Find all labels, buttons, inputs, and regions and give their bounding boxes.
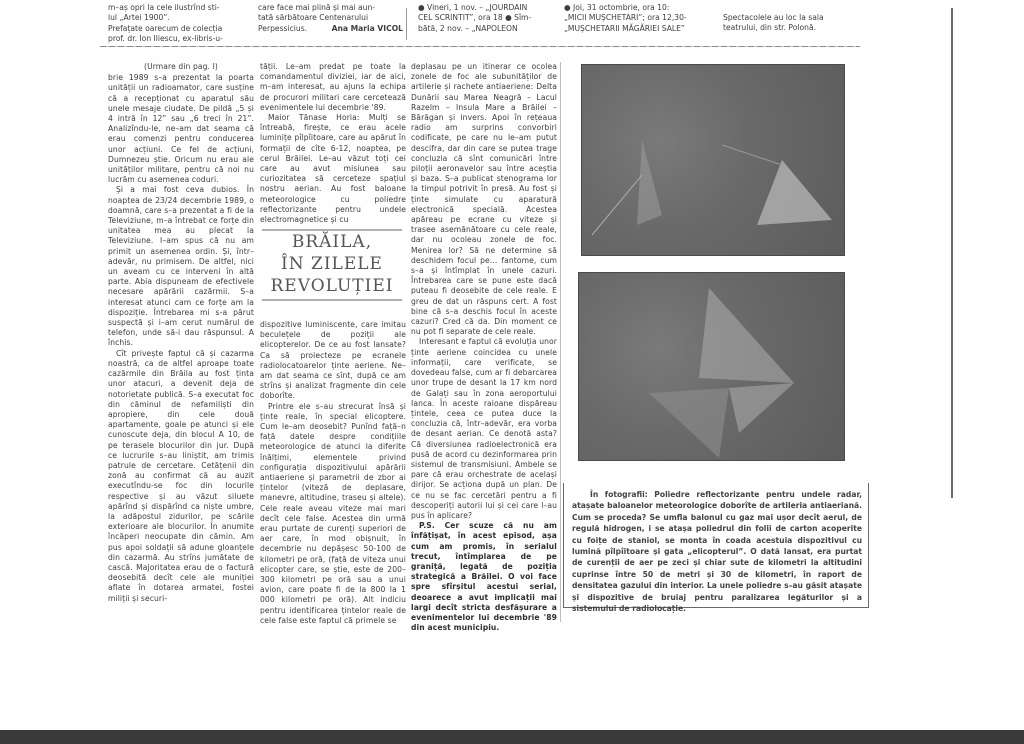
header-divider <box>406 8 407 40</box>
header-line: „MUȘCHETARII MĂGĂRIEI SALE” <box>564 24 714 34</box>
article-column-2-bottom: dispozitive luminiscente, care imitau be… <box>260 320 406 626</box>
header-separator <box>100 46 860 47</box>
paragraph: Cît privește faptul că și cazarma noastr… <box>108 349 254 604</box>
article-column-1: (Urmare din pag. I) brie 1989 s–a prezen… <box>108 62 254 604</box>
paragraph: dispozitive luminiscente, care imitau be… <box>260 320 406 402</box>
header-line: ● Vineri, 1 nov. – „JOURDAIN <box>418 3 553 13</box>
paragraph: Și a mai fost ceva dubios. În noaptea de… <box>108 185 254 348</box>
header-line: tată sărbătoare Centenarului <box>258 13 403 23</box>
paragraph: Maior Tănase Horia: Mulți se întreabă, f… <box>260 113 406 225</box>
scanner-bottom-bar <box>0 730 1024 744</box>
header-col1: m–aș opri la cele ilustrînd sti- lul „Ar… <box>108 3 253 45</box>
header-line: Spectacolele au loc la sala <box>723 13 863 23</box>
header-col4: ● Joi, 31 octombrie, ora 10: „MICII MUȘC… <box>564 3 714 34</box>
title-line: BRĂILA, <box>262 231 402 253</box>
header-line: teatrului, din str. Polonă. <box>723 23 863 33</box>
photo-caption: În fotografii: Poliedre reflectorizante … <box>563 483 869 608</box>
paragraph: Printre ele s–au strecurat însă și ținte… <box>260 402 406 626</box>
header-col2: care face mai plină și mai aun- tată săr… <box>258 3 403 35</box>
photo-balloon-polyhedron-2 <box>578 272 845 461</box>
header-line: prof. dr. Ion Iliescu, ex-libris-u- <box>108 34 253 44</box>
header-line: bătă, 2 nov. – „NAPOLEON <box>418 24 553 34</box>
paragraph: Interesant e faptul că evoluția unor țin… <box>411 337 557 521</box>
column-divider <box>560 62 561 622</box>
page-edge-line <box>951 8 953 498</box>
header-line: lul „Artei 1900”. <box>108 13 253 23</box>
title-line: REVOLUȚIEI <box>262 275 402 297</box>
postscript: P.S. Cer scuze că nu am înfățișat, în ac… <box>411 521 557 633</box>
paragraph: tății. Le–am predat pe toate la comandam… <box>260 62 406 113</box>
header-line: care face mai plină și mai aun- <box>258 3 403 13</box>
header-line: CEL SCRINTIT”, ora 18 ● Sîm- <box>418 13 553 23</box>
title-line: ÎN ZILELE <box>262 253 402 275</box>
polyhedron-photo-illustration <box>582 65 844 255</box>
newspaper-page: m–aș opri la cele ilustrînd sti- lul „Ar… <box>0 0 1024 744</box>
header-col5: Spectacolele au loc la sala teatrului, d… <box>723 13 863 34</box>
article-column-2-top: tății. Le–am predat pe toate la comandam… <box>260 62 406 225</box>
paragraph: brie 1989 s–a prezentat la poarta unităț… <box>108 73 254 185</box>
polyhedron-photo-illustration <box>579 273 844 460</box>
paragraph: deplasau pe un itinerar ce ocolea zonele… <box>411 62 557 337</box>
header-line: m–aș opri la cele ilustrînd sti- <box>108 3 253 13</box>
header-line: Prefațate oarecum de colecția <box>108 24 253 34</box>
header-col3: ● Vineri, 1 nov. – „JOURDAIN CEL SCRINTI… <box>418 3 553 34</box>
continued-from-note: (Urmare din pag. I) <box>108 62 254 72</box>
article-title: BRĂILA, ÎN ZILELE REVOLUȚIEI <box>262 229 402 301</box>
photo-balloon-polyhedron-1 <box>581 64 845 256</box>
header-line: ● Joi, 31 octombrie, ora 10: <box>564 3 714 13</box>
caption-text: În fotografii: Poliedre reflectorizante … <box>572 489 862 614</box>
header-line: „MICII MUȘCHETARI”; ora 12,30- <box>564 13 714 23</box>
article-column-3: deplasau pe un itinerar ce ocolea zonele… <box>411 62 557 633</box>
